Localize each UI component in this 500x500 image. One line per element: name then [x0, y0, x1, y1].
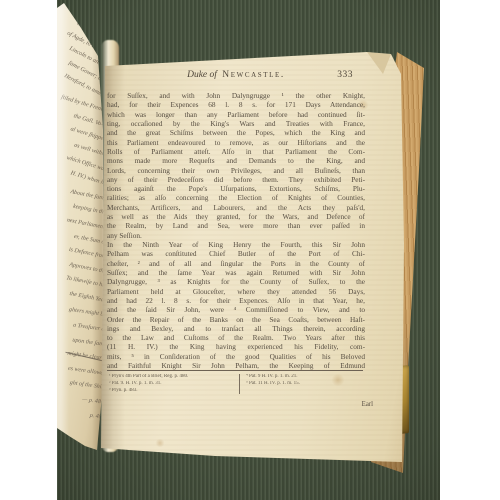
footnote-column-right: ⁴ Pat. 9 H. IV. p. 1. m. 21.⁵ Pat. 11 H.…	[239, 374, 361, 394]
footnote-rule	[107, 370, 363, 371]
paragraph-1: for Suſſex, and with John Dalyngrugge ¹ …	[107, 91, 365, 240]
footnote-column-left: ¹ Pryn's 4th Part of a Brief, Reg. p. 48…	[109, 374, 237, 394]
text-line: and had 22 l. 8 s. for their Expences. A…	[107, 296, 365, 305]
footnote: ⁵ Pat. 11 H. IV. p. 1. m. 15.	[246, 381, 361, 388]
left-page-shading	[57, 0, 107, 462]
text-line: had, for their Expences 68 l. 8 s. for 1…	[107, 100, 365, 109]
running-header-italic: Duke of	[187, 70, 217, 80]
text-line: and Faithful Knight Sir John Pelham, the…	[107, 361, 365, 370]
running-header-title: Duke of Newcastle.	[107, 70, 365, 80]
text-line: Order the Repair of the Banks on the Sea…	[107, 315, 365, 324]
paragraph-2: In the Ninth Year of King Henry the Four…	[107, 240, 365, 370]
text-line: for Suſſex, and with John Dalyngrugge ¹ …	[107, 91, 365, 100]
text-line: mits, ⁵ in Conſideration of the good Qua…	[107, 352, 365, 361]
footnote: ⁴ Pat. 9 H. IV. p. 1. m. 21.	[246, 374, 361, 381]
footnote: ³ Pryn. p. 483.	[109, 388, 237, 395]
running-header-smallcaps: Newcastle.	[222, 70, 285, 80]
text-line: any Seſſion.	[107, 231, 365, 240]
left-page-edge: H O L L E Swith John Za—the Second ofof …	[57, 0, 107, 462]
text-line: and the ſaid Sir John, were ⁴ Commiſſion…	[107, 305, 365, 314]
text-line: tions againſt the Pope's Uſurpations, Ex…	[107, 184, 365, 193]
text-line: cheſter, ² and of all and ſingular the P…	[107, 259, 365, 268]
running-header: Duke of Newcastle. 333	[107, 70, 365, 84]
footnotes: ¹ Pryn's 4th Part of a Brief, Reg. p. 48…	[109, 374, 361, 394]
foxing-spot	[155, 439, 165, 447]
text-line: to the Law and Cuſtoms of the Realm. Two…	[107, 333, 365, 342]
page-number: 333	[337, 70, 353, 80]
text-line: mons made more Requeſts and Demands to t…	[107, 156, 365, 165]
text-line: this Parliament endeavoured to remove, a…	[107, 138, 365, 147]
text-line: Lords, concerning their own Privileges, …	[107, 166, 365, 175]
text-line: Parliament held at Glouceſter, where the…	[107, 287, 365, 296]
text-line: Merchants, Artificers, and Labourers, an…	[107, 203, 365, 212]
catchword: Earl	[362, 401, 373, 408]
footnote: ² Pat. 9. H. IV. p. 1. m. 31.	[109, 381, 237, 388]
book-photo: H O L L E Swith John Za—the Second ofof …	[57, 0, 440, 500]
screenshot-root: { "scene": { "description": "Photograph …	[0, 0, 500, 500]
text-line: Pelham was conſtituted Chief Butler of t…	[107, 249, 365, 258]
text-line: Dalyngrugge, ³ as Knights for the County…	[107, 277, 365, 286]
text-line: (11 H. IV.) the King having experienced …	[107, 342, 365, 351]
left-page-clip: H O L L E Swith John Za—the Second ofof …	[57, 0, 107, 462]
text-line: In the Ninth Year of King Henry the Four…	[107, 240, 365, 249]
text-line: the Realm, by Land and Sea, were more th…	[107, 221, 365, 230]
text-line: as well as the Aids they granted, for th…	[107, 212, 365, 221]
text-line: and the great Schiſms between the Popes,…	[107, 128, 365, 137]
text-line: ralities; as alſo concerning the Electio…	[107, 193, 365, 202]
footnote: ¹ Pryn's 4th Part of a Brief, Reg. p. 48…	[109, 374, 237, 381]
text-line: ings and Bexley, and to tranſact all Thi…	[107, 324, 365, 333]
text-line: Suſſex; and the ſame Year was again Retu…	[107, 268, 365, 277]
text-line: Rolls of Parliament atteſt. Alſo in that…	[107, 147, 365, 156]
text-line: any of their Predeceſſors did before the…	[107, 175, 365, 184]
text-line: ting, occaſioned by the King's Wars and …	[107, 119, 365, 128]
body-text: for Suſſex, and with John Dalyngrugge ¹ …	[107, 91, 365, 370]
book-page: Duke of Newcastle. 333 for Suſſex, and w…	[95, 44, 409, 466]
text-line: which was longer than any Parliament bef…	[107, 110, 365, 119]
